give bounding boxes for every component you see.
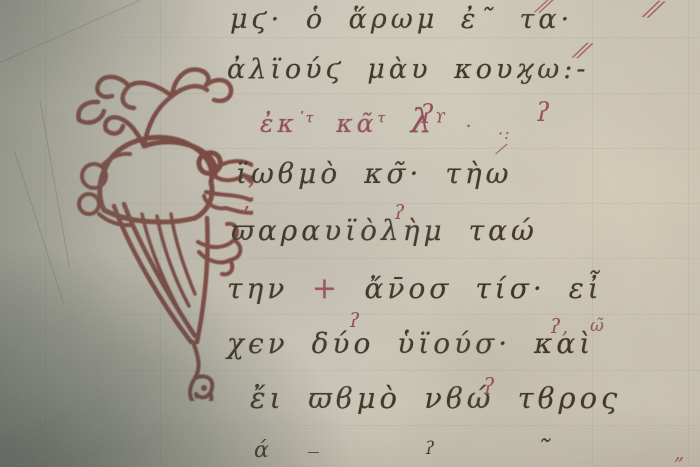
- manuscript-photo: μϛ· ὁ ἅρωμ ἐ῀ τα·ἀλϊούϛ μὰυ κουϗω:-ἐκ᾿τ …: [0, 0, 700, 467]
- grain-texture: [0, 0, 700, 467]
